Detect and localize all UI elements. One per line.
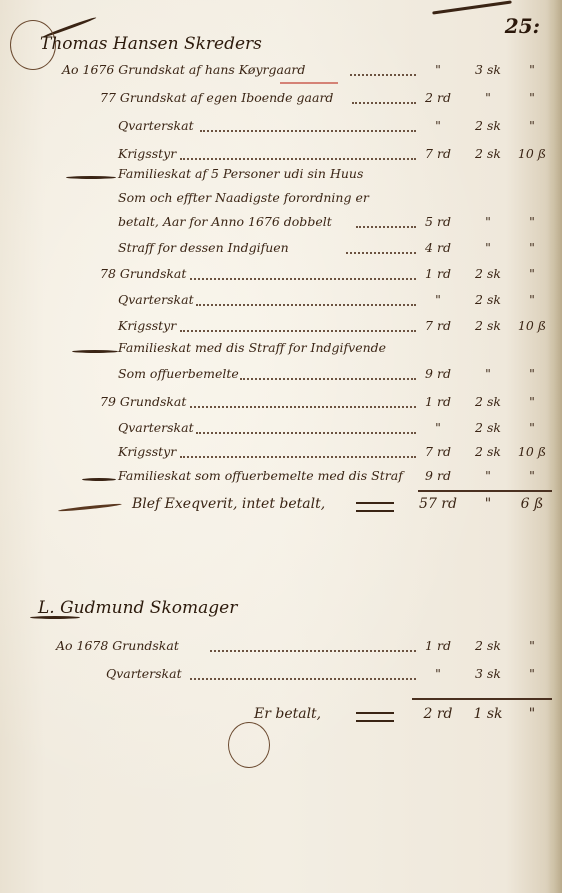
dotted-leader xyxy=(180,456,416,458)
total-rule xyxy=(412,698,552,700)
row-label: Som offuerbemelte xyxy=(118,366,239,381)
amount-sk: 2 sk xyxy=(470,444,506,459)
ledger-row: Familieskat med dis Straff for Indgifven… xyxy=(0,340,562,360)
ledger-row: Familieskat af 5 Personer udi sin Huus xyxy=(0,166,562,186)
amount-sh: " xyxy=(514,394,550,409)
dotted-leader xyxy=(350,74,416,76)
section2-total-row: Er betalt, 2 rd 1 sk " xyxy=(0,706,562,726)
amount-sh: " xyxy=(514,666,550,681)
row-label: Qvarterskat xyxy=(118,118,194,133)
amount-rd: 2 rd xyxy=(418,90,458,105)
total-label: Blef Exeqverit, intet betalt, xyxy=(132,496,325,512)
row-label: Som och effter Naadigste forordning er xyxy=(118,190,369,205)
amount-sh: " xyxy=(514,118,550,133)
dotted-leader xyxy=(190,678,416,680)
amount-sh: " xyxy=(514,240,550,255)
ledger-row: 79 Grundskat 1 rd 2 sk " xyxy=(0,394,562,414)
amount-sk: 3 sk xyxy=(470,62,506,77)
amount-sh: " xyxy=(514,214,550,229)
dotted-leader xyxy=(200,130,416,132)
ledger-row: Qvarterskat " 3 sk " xyxy=(0,666,562,686)
dotted-leader xyxy=(240,378,416,380)
amount-sk: 2 sk xyxy=(470,638,506,653)
row-label: Familieskat som offuerbemelte med dis St… xyxy=(118,468,403,483)
amount-sh: " xyxy=(514,62,550,77)
ledger-row: Qvarterskat " 2 sk " xyxy=(0,118,562,138)
amount-rd: 9 rd xyxy=(418,468,458,483)
dotted-leader xyxy=(196,304,416,306)
double-rule xyxy=(356,712,394,722)
ledger-row: 78 Grundskat 1 rd 2 sk " xyxy=(0,266,562,286)
row-label: betalt, Aar for Anno 1676 dobbelt xyxy=(118,214,332,229)
total-sk: " xyxy=(470,496,506,512)
amount-sh: " xyxy=(514,468,550,483)
amount-sk: 2 sk xyxy=(470,266,506,281)
ledger-row: Qvarterskat " 2 sk " xyxy=(0,292,562,312)
line-swash xyxy=(66,176,116,179)
amount-rd: 1 rd xyxy=(418,266,458,281)
ledger-row: Som offuerbemelte 9 rd " " xyxy=(0,366,562,386)
section1-total-row: Blef Exeqverit, intet betalt, 57 rd " 6 … xyxy=(0,496,562,516)
total-rd: 57 rd xyxy=(418,496,458,512)
ledger-row: Familieskat som offuerbemelte med dis St… xyxy=(0,468,562,488)
amount-sh: 10 ß xyxy=(514,444,550,459)
row-label: Krigsstyr xyxy=(118,318,176,333)
section1-heading: Thomas Hansen Skreders xyxy=(40,34,262,54)
total-sh: " xyxy=(514,706,550,722)
row-label: 77 Grundskat af egen Iboende gaard xyxy=(100,90,333,105)
amount-rd: 7 rd xyxy=(418,146,458,161)
amount-rd: " xyxy=(418,420,458,435)
total-sk: 1 sk xyxy=(470,706,506,722)
ledger-page: 25: Thomas Hansen Skreders Ao 1676 Grund… xyxy=(0,0,562,893)
amount-rd: 1 rd xyxy=(418,394,458,409)
row-label: Qvarterskat xyxy=(118,420,194,435)
dotted-leader xyxy=(190,278,416,280)
amount-sh: " xyxy=(514,638,550,653)
ledger-row: Qvarterskat " 2 sk " xyxy=(0,420,562,440)
amount-sk: 2 sk xyxy=(470,146,506,161)
row-label: Ao 1676 Grundskat af hans Køyrgaard xyxy=(62,62,305,77)
amount-sk: " xyxy=(470,214,506,229)
amount-sh: 10 ß xyxy=(514,146,550,161)
double-rule xyxy=(356,502,394,512)
amount-sh: " xyxy=(514,90,550,105)
dotted-leader xyxy=(352,102,416,104)
amount-sh: " xyxy=(514,366,550,381)
ledger-row: Krigsstyr 7 rd 2 sk 10 ß xyxy=(0,146,562,166)
row-label: Familieskat med dis Straff for Indgifven… xyxy=(118,340,386,355)
amount-sk: " xyxy=(470,90,506,105)
ledger-row: Krigsstyr 7 rd 2 sk 10 ß xyxy=(0,318,562,338)
amount-sk: 2 sk xyxy=(470,118,506,133)
amount-sk: " xyxy=(470,468,506,483)
amount-rd: 7 rd xyxy=(418,444,458,459)
amount-sk: 2 sk xyxy=(470,318,506,333)
amount-sk: 2 sk xyxy=(470,292,506,307)
dotted-leader xyxy=(180,330,416,332)
row-label: 78 Grundskat xyxy=(100,266,186,281)
dotted-leader xyxy=(180,158,416,160)
row-label: Krigsstyr xyxy=(118,444,176,459)
page-number-flourish xyxy=(432,0,512,14)
line-swash xyxy=(72,350,118,353)
amount-sk: 2 sk xyxy=(470,394,506,409)
amount-rd: " xyxy=(418,666,458,681)
row-label: Krigsstyr xyxy=(118,146,176,161)
row-label: Qvarterskat xyxy=(118,292,194,307)
amount-rd: 7 rd xyxy=(418,318,458,333)
total-rule xyxy=(418,490,552,492)
amount-rd: 9 rd xyxy=(418,366,458,381)
red-underline xyxy=(280,82,338,84)
dotted-leader xyxy=(346,252,416,254)
page-number: 25: xyxy=(505,14,540,38)
amount-sh: " xyxy=(514,420,550,435)
row-label: Ao 1678 Grundskat xyxy=(56,638,179,653)
dotted-leader xyxy=(190,406,416,408)
amount-sk: 3 sk xyxy=(470,666,506,681)
amount-rd: " xyxy=(418,62,458,77)
ledger-row: Krigsstyr 7 rd 2 sk 10 ß xyxy=(0,444,562,464)
dotted-leader xyxy=(210,650,416,652)
ledger-row: Ao 1676 Grundskat af hans Køyrgaard " 3 … xyxy=(0,62,562,82)
total-label: Er betalt, xyxy=(254,706,321,722)
ledger-row: Straff for dessen Indgifuen 4 rd " " xyxy=(0,240,562,260)
row-label: 79 Grundskat xyxy=(100,394,186,409)
amount-rd: " xyxy=(418,118,458,133)
ledger-row: betalt, Aar for Anno 1676 dobbelt 5 rd "… xyxy=(0,214,562,234)
dotted-leader xyxy=(196,432,416,434)
total-rd: 2 rd xyxy=(418,706,458,722)
ledger-row: 77 Grundskat af egen Iboende gaard 2 rd … xyxy=(0,90,562,110)
amount-rd: 4 rd xyxy=(418,240,458,255)
signature-loop-flourish xyxy=(228,722,270,768)
section2-heading: L. Gudmund Skomager xyxy=(38,598,237,618)
amount-rd: 1 rd xyxy=(418,638,458,653)
row-label: Qvarterskat xyxy=(106,666,182,681)
amount-rd: " xyxy=(418,292,458,307)
line-swash xyxy=(82,478,116,481)
row-label: Straff for dessen Indgifuen xyxy=(118,240,289,255)
amount-sh: " xyxy=(514,292,550,307)
ledger-row: Som och effter Naadigste forordning er xyxy=(0,190,562,210)
amount-sk: 2 sk xyxy=(470,420,506,435)
dotted-leader xyxy=(356,226,416,228)
amount-sh: " xyxy=(514,266,550,281)
amount-sh: 10 ß xyxy=(514,318,550,333)
row-label: Familieskat af 5 Personer udi sin Huus xyxy=(118,166,363,181)
ledger-row: Ao 1678 Grundskat 1 rd 2 sk " xyxy=(0,638,562,658)
total-sh: 6 ß xyxy=(514,496,550,512)
amount-sk: " xyxy=(470,366,506,381)
amount-sk: " xyxy=(470,240,506,255)
amount-rd: 5 rd xyxy=(418,214,458,229)
